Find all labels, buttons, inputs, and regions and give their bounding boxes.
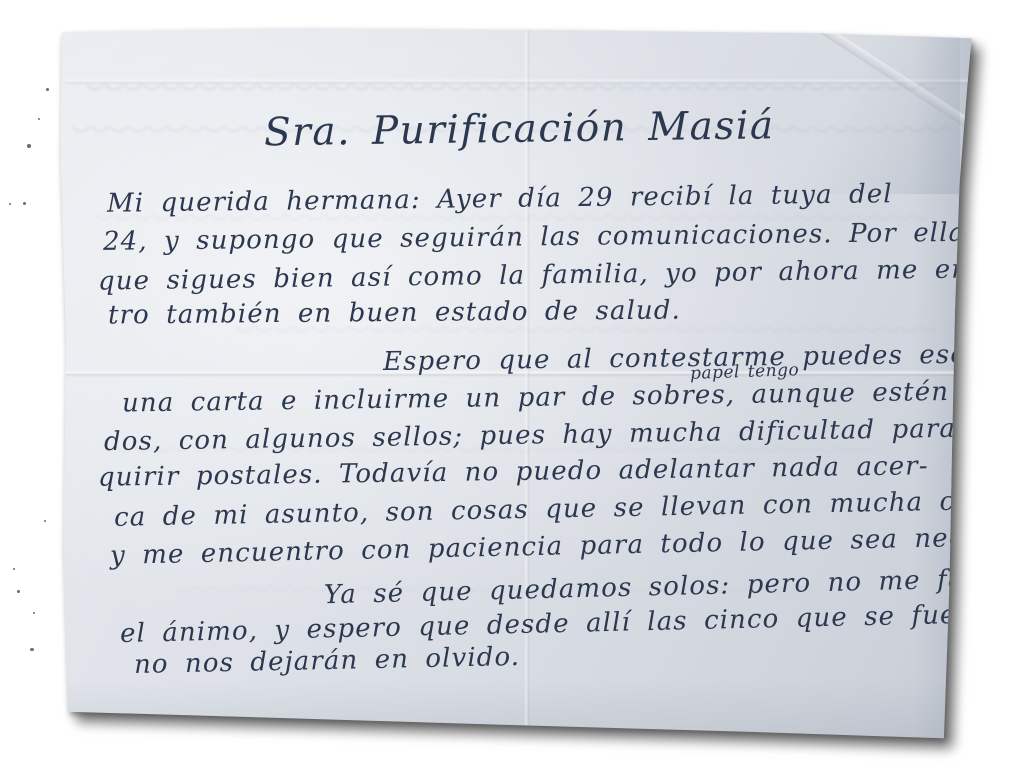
letter-line: 24, y supongo que seguirán las comunicac… bbox=[103, 219, 1024, 255]
letter-line: dos, con algunos sellos; pues hay mucha … bbox=[104, 415, 1017, 455]
dust-speck bbox=[30, 648, 34, 651]
letter-line: tro también en buen estado de salud. bbox=[108, 298, 681, 329]
dust-speck bbox=[46, 88, 49, 91]
dust-speck bbox=[38, 118, 40, 120]
letter-paper: Sra. Purificación Masiá Mi querida herma… bbox=[56, 26, 978, 744]
letter-line: Mi querida hermana: Ayer día 29 recibí l… bbox=[107, 181, 893, 217]
dust-speck bbox=[13, 568, 15, 570]
paper-shadow: Sra. Purificación Masiá Mi querida herma… bbox=[56, 26, 978, 744]
dust-speck bbox=[44, 520, 46, 522]
letter-line: que sigues bien así como la familia, yo … bbox=[98, 255, 1024, 294]
letter-line: no nos dejarán en olvido. bbox=[134, 644, 521, 678]
corner-curl-shading bbox=[810, 34, 960, 194]
letter-heading: Sra. Purificación Masiá bbox=[264, 107, 744, 153]
bottom-edge-highlight bbox=[70, 722, 946, 748]
scene: Sra. Purificación Masiá Mi querida herma… bbox=[0, 0, 1024, 768]
dust-speck bbox=[33, 612, 35, 614]
dust-speck bbox=[27, 144, 31, 148]
interline-insertion: papel tengo bbox=[690, 362, 800, 383]
dust-speck bbox=[17, 590, 20, 593]
letter-line: el ánimo, y espero que desde allí las ci… bbox=[120, 601, 1005, 647]
dust-speck bbox=[23, 202, 26, 205]
letter-line: una carta e incluirme un par de sobres, … bbox=[122, 377, 1024, 416]
dust-speck bbox=[9, 203, 11, 205]
bleed-through-text bbox=[86, 84, 936, 99]
